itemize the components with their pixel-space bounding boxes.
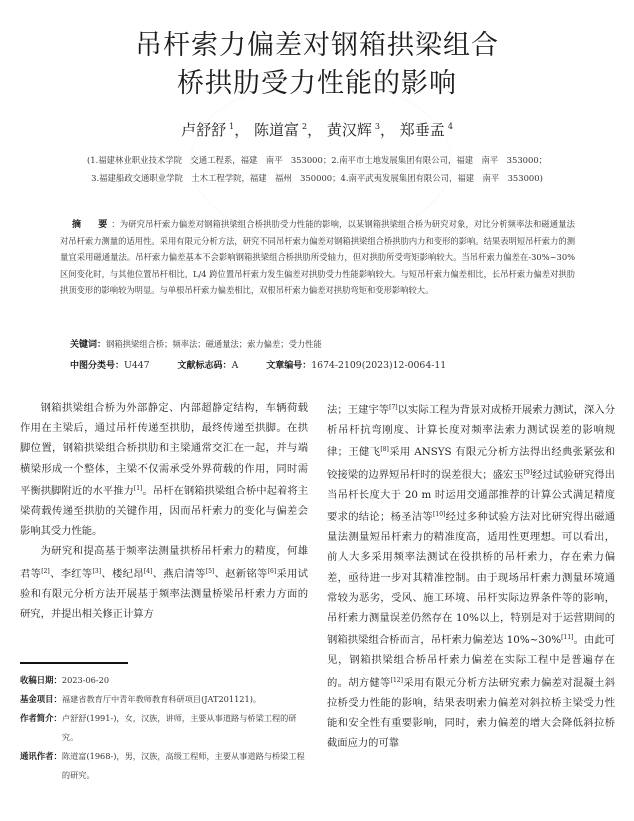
author-name: 卢舒舒 (181, 121, 226, 139)
author-separator: ， (234, 121, 249, 139)
citation-ref[interactable]: [11] (561, 634, 573, 641)
citation-ref[interactable]: [2] (41, 568, 50, 575)
body-column-right: 法；王建宇等[7]以实际工程为背景对成桥开展索力测试，深入分析吊杆抗弯刚度、计算… (327, 398, 615, 753)
body-paragraph: 法；王建宇等[7]以实际工程为背景对成桥开展索力测试，深入分析吊杆抗弯刚度、计算… (327, 398, 615, 753)
keywords-separator: ： (97, 340, 106, 350)
footnote-divider (20, 662, 128, 664)
footnote-corresponding-author: 通讯作者：陈道富(1968-)，男，汉族，高级工程师，主要从事道路与桥梁工程的研… (20, 747, 310, 785)
author-name: 郑垂孟 (400, 121, 445, 139)
author-name: 陈道富 (254, 121, 299, 139)
paragraph-text: 钢箱拱梁组合桥为外部静定、内部超静定结构，车辆荷载作用在主梁后，通过吊杆传递至拱… (20, 402, 308, 497)
affiliation-line-2: 3.福建船政交通职业学院 土木工程学院，福建 福州 350000；4.南平武夷发… (0, 172, 634, 184)
citation-ref[interactable]: [12] (391, 677, 403, 684)
classification-info: 中图分类号：U447 文献标志码：A 文章编号：1674-2109(2023)1… (70, 358, 446, 371)
keywords-label: 关键词 (70, 340, 97, 350)
author-separator: ， (380, 121, 395, 139)
author-separator: ， (307, 121, 322, 139)
citation-ref[interactable]: [3] (93, 568, 102, 575)
article-no-value: 1674-2109(2023)12-0064-11 (311, 360, 446, 371)
body-paragraph: 钢箱拱梁组合桥为外部静定、内部超静定结构，车辆荷载作用在主梁后，通过吊杆传递至拱… (20, 398, 308, 541)
citation-ref[interactable]: [9] (524, 469, 533, 476)
clc-value: U447 (124, 360, 150, 371)
body-paragraph: 为研究和提高基于频率法测量拱桥吊杆索力的精度，何雄君等[2]、李红等[3]、楼纪… (20, 541, 308, 624)
paragraph-text: 、赵新铭等 (214, 568, 267, 580)
author-affiliation-mark: 4 (448, 122, 453, 131)
footnote-received-date: 收稿日期：2023-06-20 (20, 671, 310, 690)
citation-ref[interactable]: [6] (268, 568, 277, 575)
keywords: 关键词：钢箱拱梁组合桥；频率法；磁通量法；索力偏差；受力性能 (70, 337, 322, 350)
abstract: 摘 要：为研究吊杆索力偏差对钢箱拱梁组合桥拱肋受力性能的影响，以某钢箱拱梁组合桥… (60, 216, 575, 298)
abstract-text: 为研究吊杆索力偏差对钢箱拱梁组合桥拱肋受力性能的影响，以某钢箱拱梁组合桥为研究对… (60, 219, 575, 295)
doc-code-label: 文献标志码： (178, 361, 232, 371)
footnote-label: 基金项目： (20, 690, 62, 709)
footnote-funding: 基金项目：福建省教育厅中青年教师教育科研项目(JAT201121)。 (20, 690, 310, 709)
keywords-text: 钢箱拱梁组合桥；频率法；磁通量法；索力偏差；受力性能 (106, 339, 322, 349)
citation-ref[interactable]: [5] (206, 568, 215, 575)
abstract-separator: ： (111, 219, 119, 229)
abstract-label: 摘 要 (72, 220, 111, 230)
article-no-label: 文章编号： (266, 361, 311, 371)
paragraph-text: 、燕启清等 (152, 568, 205, 580)
footnote-label: 收稿日期： (20, 671, 62, 690)
title-line-2: 桥拱肋受力性能的影响 (0, 65, 634, 103)
footnote-label: 通讯作者： (20, 747, 62, 785)
body-column-left: 钢箱拱梁组合桥为外部静定、内部超静定结构，车辆荷载作用在主梁后，通过吊杆传递至拱… (20, 398, 308, 624)
paragraph-text: 经过多种试验方法对比研究得出磁通量法测量短吊杆索力的精准度高，适用性更理想。可以… (327, 511, 615, 646)
author-list: 卢舒舒1， 陈道富2， 黄汉辉3， 郑垂孟4 (0, 119, 634, 140)
clc-label: 中图分类号： (70, 361, 124, 371)
footnote-text: 2023-06-20 (62, 671, 310, 690)
footnotes: 收稿日期：2023-06-20 基金项目：福建省教育厅中青年教师教育科研项目(J… (20, 671, 310, 785)
paragraph-text: 法；王建宇等 (327, 404, 389, 416)
paragraph-text: 、李红等 (50, 568, 93, 580)
footnote-label: 作者简介： (20, 709, 62, 747)
affiliation-line-1: (1.福建林业职业技术学院 交通工程系，福建 南平 353000；2.南平市土地… (0, 154, 634, 166)
citation-ref[interactable]: [8] (380, 446, 389, 453)
doc-code-value: A (232, 360, 239, 371)
footnote-text: 卢舒舒(1991-)，女，汉族，讲师，主要从事道路与桥梁工程的研究。 (62, 709, 310, 747)
footnote-text: 福建省教育厅中青年教师教育科研项目(JAT201121)。 (62, 690, 310, 709)
title-line-1: 吊杆索力偏差对钢箱拱梁组合 (0, 27, 634, 65)
footnote-text: 陈道富(1968-)，男，汉族，高级工程师，主要从事道路与桥梁工程的研究。 (62, 747, 310, 785)
citation-ref[interactable]: [10] (433, 511, 445, 518)
author-name: 黄汉辉 (327, 121, 372, 139)
citation-ref[interactable]: [7] (389, 404, 398, 411)
footnote-author-bio: 作者简介：卢舒舒(1991-)，女，汉族，讲师，主要从事道路与桥梁工程的研究。 (20, 709, 310, 747)
paragraph-text: 、楼纪昂 (101, 568, 144, 580)
